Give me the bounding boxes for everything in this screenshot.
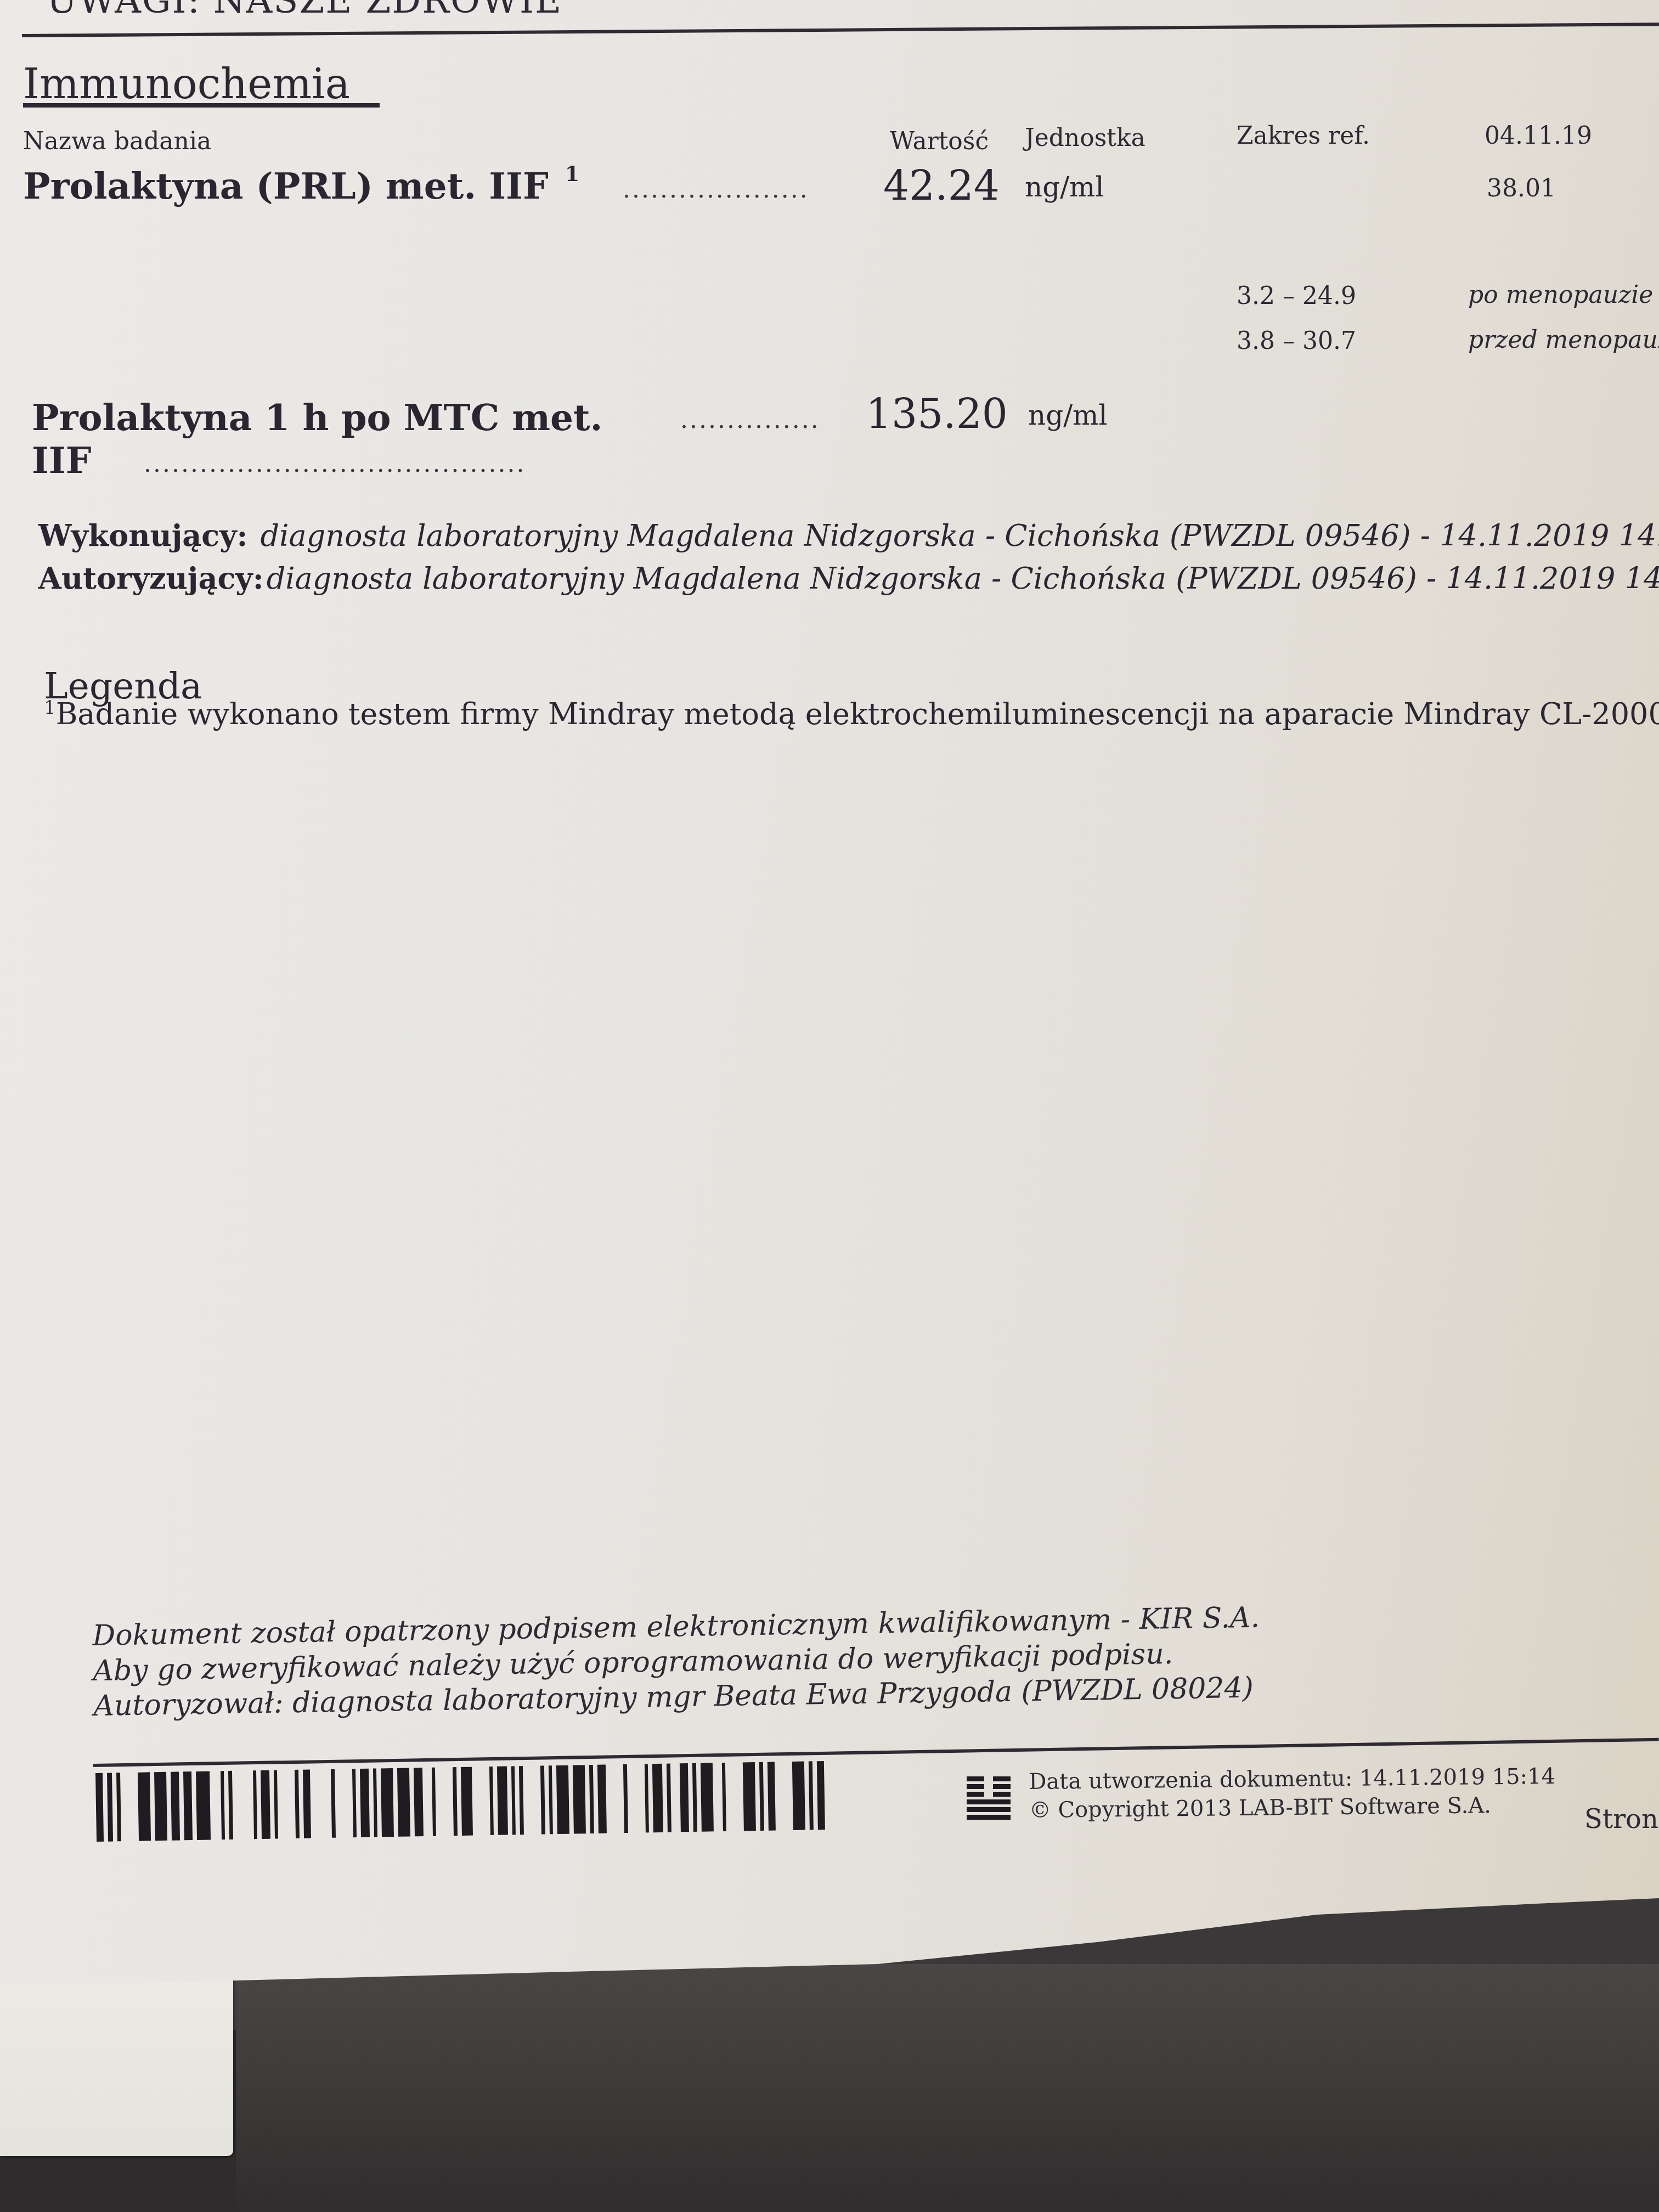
background-surface: [0, 1964, 1659, 2212]
section-title: Immunochemia: [23, 59, 350, 108]
column-header-name: Nazwa badania: [23, 127, 211, 155]
column-header-value: Wartość: [890, 127, 989, 155]
page-number-label: Stron: [1584, 1804, 1658, 1835]
electronic-signature-note: Dokument został opatrzony podpisem elekt…: [92, 1600, 1261, 1724]
reference-note: po menopauzie: [1468, 281, 1653, 309]
legend-entry: 1Badanie wykonano testem firmy Mindray m…: [44, 697, 1659, 731]
dot-leader: ...............: [680, 406, 820, 434]
remarks-header: UWAGI: NASZE ZDROWIE: [47, 0, 562, 21]
barcode-icon: [95, 1760, 870, 1842]
result-value: 135.20: [866, 391, 1008, 438]
result-unit: ng/ml: [1025, 171, 1104, 203]
document-meta: Data utworzenia dokumentu: 14.11.2019 15…: [1029, 1762, 1556, 1825]
dot-leader: ....................: [623, 176, 809, 204]
authorized-by-row: Autoryzujący: diagnosta laboratoryjny Ma…: [38, 561, 1659, 596]
column-header-unit: Jednostka: [1025, 124, 1145, 152]
header-divider: [22, 22, 1659, 37]
test-row-prolactin: Prolaktyna (PRL) met. IIF1: [23, 165, 579, 207]
test-name-continued: IIF: [32, 439, 92, 482]
authorized-by-value: diagnosta laboratoryjny Magdalena Nidzgo…: [267, 561, 1659, 596]
column-header-reference: Zakres ref.: [1237, 122, 1370, 150]
performed-by-row: Wykonujący: diagnosta laboratoryjny Magd…: [38, 518, 1659, 553]
test-name: Prolaktyna (PRL) met. IIF: [23, 165, 549, 207]
section-title-underline: [23, 103, 380, 108]
column-header-history-date: 04.11.19: [1485, 122, 1592, 150]
history-value: 38.01: [1487, 174, 1556, 202]
performed-by-value: diagnosta laboratoryjny Magdalena Nidzgo…: [261, 518, 1659, 553]
result-unit: ng/ml: [1028, 399, 1107, 431]
underlying-paper-sheet: [0, 1975, 233, 2156]
footnote-marker: 1: [565, 161, 579, 186]
reference-range: 3.2 – 24.9: [1237, 282, 1356, 310]
result-value: 42.24: [883, 162, 1000, 210]
legend-entry-text: Badanie wykonano testem firmy Mindray me…: [56, 697, 1659, 731]
performed-by-label: Wykonujący:: [38, 518, 248, 553]
dot-leader: ........................................…: [144, 450, 526, 478]
legend-marker: 1: [44, 697, 56, 719]
test-name: Prolaktyna 1 h po MTC met.: [32, 396, 603, 439]
reference-range: 3.8 – 30.7: [1237, 327, 1356, 355]
lab-bit-logo-icon: [967, 1776, 1013, 1819]
footer-divider: [93, 1738, 1659, 1767]
authorized-by-label: Autoryzujący:: [38, 561, 264, 596]
reference-note: przed menopauzą: [1468, 326, 1659, 354]
copyright: © Copyright 2013 LAB-BIT Software S.A.: [1029, 1791, 1556, 1825]
lab-report-page: UWAGI: NASZE ZDROWIE Immunochemia Nazwa …: [0, 0, 1659, 2030]
